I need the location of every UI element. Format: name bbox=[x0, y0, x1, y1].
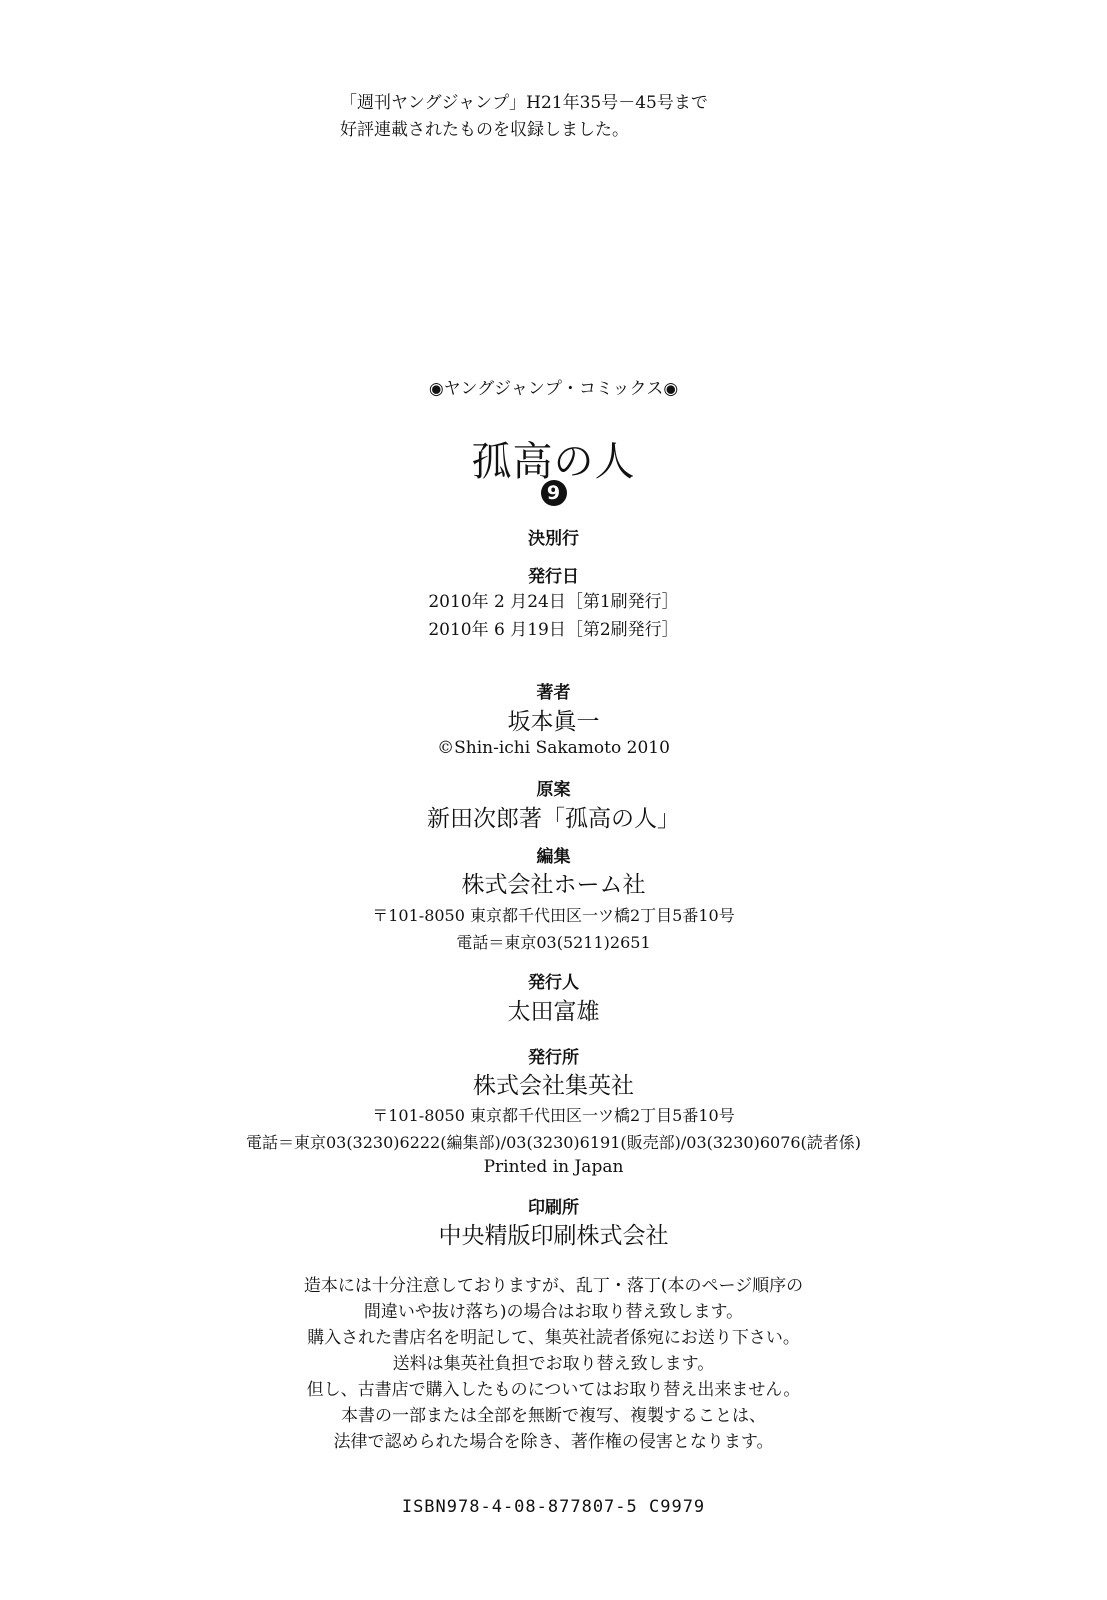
author-label: 著者 bbox=[0, 678, 1107, 703]
original-work: 新田次郎著「孤高の人」 bbox=[0, 800, 1107, 833]
editing-label: 編集 bbox=[0, 842, 1107, 867]
notice-line: 購入された書店名を明記して、集英社読者係宛にお送り下さい。 bbox=[0, 1323, 1107, 1348]
editing-address: 〒101-8050 東京都千代田区一ツ橋2丁目5番10号 bbox=[0, 903, 1107, 926]
editing-company: 株式会社ホーム社 bbox=[0, 866, 1107, 899]
series-label: ◉ヤングジャンプ・コミックス◉ bbox=[0, 374, 1107, 399]
issue-date-line-2: 2010年 6 月19日［第2刷発行］ bbox=[0, 615, 1107, 640]
printer-company: 中央精版印刷株式会社 bbox=[0, 1217, 1107, 1250]
author-name: 坂本眞一 bbox=[0, 703, 1107, 736]
notice-line: 送料は集英社負担でお取り替え致します。 bbox=[0, 1349, 1107, 1374]
notice-line: 造本には十分注意しておりますが、乱丁・落丁(本のページ順序の bbox=[0, 1271, 1107, 1296]
original-label: 原案 bbox=[0, 775, 1107, 800]
publisher-person-label: 発行人 bbox=[0, 968, 1107, 993]
editing-phone: 電話＝東京03(5211)2651 bbox=[0, 930, 1107, 953]
notice-line: 本書の一部または全部を無断で複写、複製することは、 bbox=[0, 1401, 1107, 1426]
printer-label: 印刷所 bbox=[0, 1193, 1107, 1218]
publisher-label: 発行所 bbox=[0, 1043, 1107, 1068]
publisher-address: 〒101-8050 東京都千代田区一ツ橋2丁目5番10号 bbox=[0, 1103, 1107, 1126]
notice-line: 間違いや抜け落ち)の場合はお取り替え致します。 bbox=[0, 1297, 1107, 1322]
notice-line: 法律で認められた場合を除き、著作権の侵害となります。 bbox=[0, 1427, 1107, 1452]
book-subtitle: 決別行 bbox=[0, 524, 1107, 549]
serialization-line: 「週刊ヤングジャンプ」H21年35号－45号まで bbox=[340, 90, 708, 117]
publisher-phone: 電話＝東京03(3230)6222(編集部)/03(3230)6191(販売部)… bbox=[0, 1130, 1107, 1153]
notice-line: 但し、古書店で購入したものについてはお取り替え出来ません。 bbox=[0, 1375, 1107, 1400]
publisher-person-name: 太田富雄 bbox=[0, 993, 1107, 1026]
issue-date-label: 発行日 bbox=[0, 562, 1107, 587]
printed-in-japan: Printed in Japan bbox=[0, 1157, 1107, 1177]
issue-date-line-1: 2010年 2 月24日［第1刷発行］ bbox=[0, 587, 1107, 612]
copyright-line: ©Shin-ichi Sakamoto 2010 bbox=[0, 738, 1107, 758]
publisher-company: 株式会社集英社 bbox=[0, 1067, 1107, 1100]
serialization-line: 好評連載されたものを収録しました。 bbox=[340, 117, 708, 144]
volume-badge-row: 9 bbox=[0, 480, 1107, 506]
isbn-code: ISBN978-4-08-877807-5 C9979 bbox=[0, 1497, 1107, 1517]
serialization-note: 「週刊ヤングジャンプ」H21年35号－45号まで 好評連載されたものを収録しまし… bbox=[340, 90, 708, 144]
volume-number-badge: 9 bbox=[541, 480, 567, 506]
book-title: 孤高の人 bbox=[0, 430, 1107, 487]
